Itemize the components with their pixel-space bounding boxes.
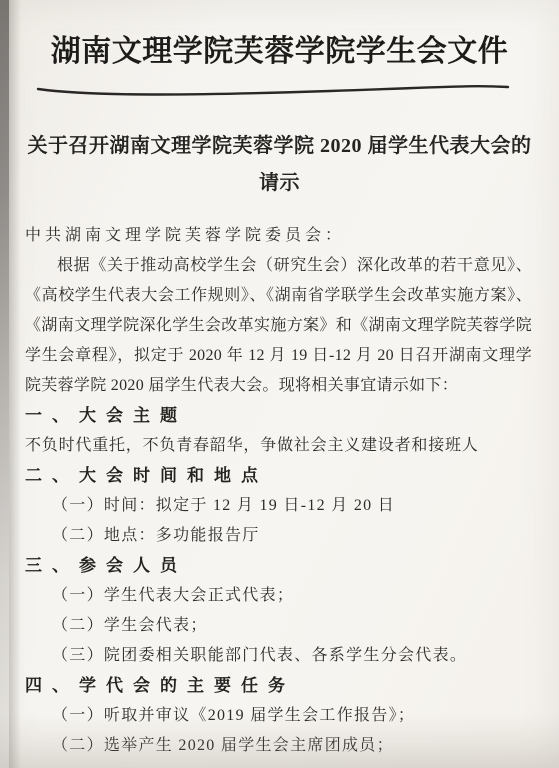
- document-page: 湖南文理学院芙蓉学院学生会文件 关于召开湖南文理学院芙蓉学院 2020 届学生代…: [0, 0, 559, 768]
- section-heading-1: 一、大会主题: [25, 401, 532, 431]
- section-1-line-1: 不负时代重托，不负青春韶华，争做社会主义建设者和接班人: [25, 431, 532, 461]
- section-3-item-3: （三）院团委相关职能部门代表、各系学生分会代表。: [25, 641, 532, 671]
- subject-title: 关于召开湖南文理学院芙蓉学院 2020 届学生代表大会的 请示: [0, 128, 559, 202]
- section-2-item-1: （一）时间：拟定于 12 月 19 日-12 月 20 日: [25, 491, 532, 521]
- org-title: 湖南文理学院芙蓉学院学生会文件: [0, 0, 559, 70]
- section-heading-4: 四、学代会的主要任务: [25, 671, 532, 701]
- intro-paragraph: 根据《关于推动高校学生会（研究生会）深化改革的若干意见》、《高校学生代表大会工作…: [25, 251, 532, 401]
- section-3-item-1: （一）学生代表大会正式代表；: [25, 581, 532, 611]
- section-heading-3: 三、参会人员: [25, 551, 532, 581]
- document-body: 中共湖南文理学院芙蓉学院委员会： 根据《关于推动高校学生会（研究生会）深化改革的…: [25, 221, 532, 761]
- subject-title-line1: 关于召开湖南文理学院芙蓉学院 2020 届学生代表大会的: [0, 128, 559, 165]
- scan-shade-bottom: [0, 713, 559, 768]
- section-heading-2: 二、大会时间和地点: [25, 461, 532, 491]
- scan-edge-shadow-left-fade: [9, 0, 21, 768]
- section-3-item-2: （二）学生会代表；: [25, 611, 532, 641]
- section-2-item-2: （二）地点：多功能报告厅: [25, 521, 532, 551]
- scan-edge-shadow-left: [0, 0, 9, 768]
- subject-title-line2: 请示: [0, 165, 559, 202]
- salutation: 中共湖南文理学院芙蓉学院委员会：: [25, 221, 532, 251]
- separator-line: [0, 83, 559, 101]
